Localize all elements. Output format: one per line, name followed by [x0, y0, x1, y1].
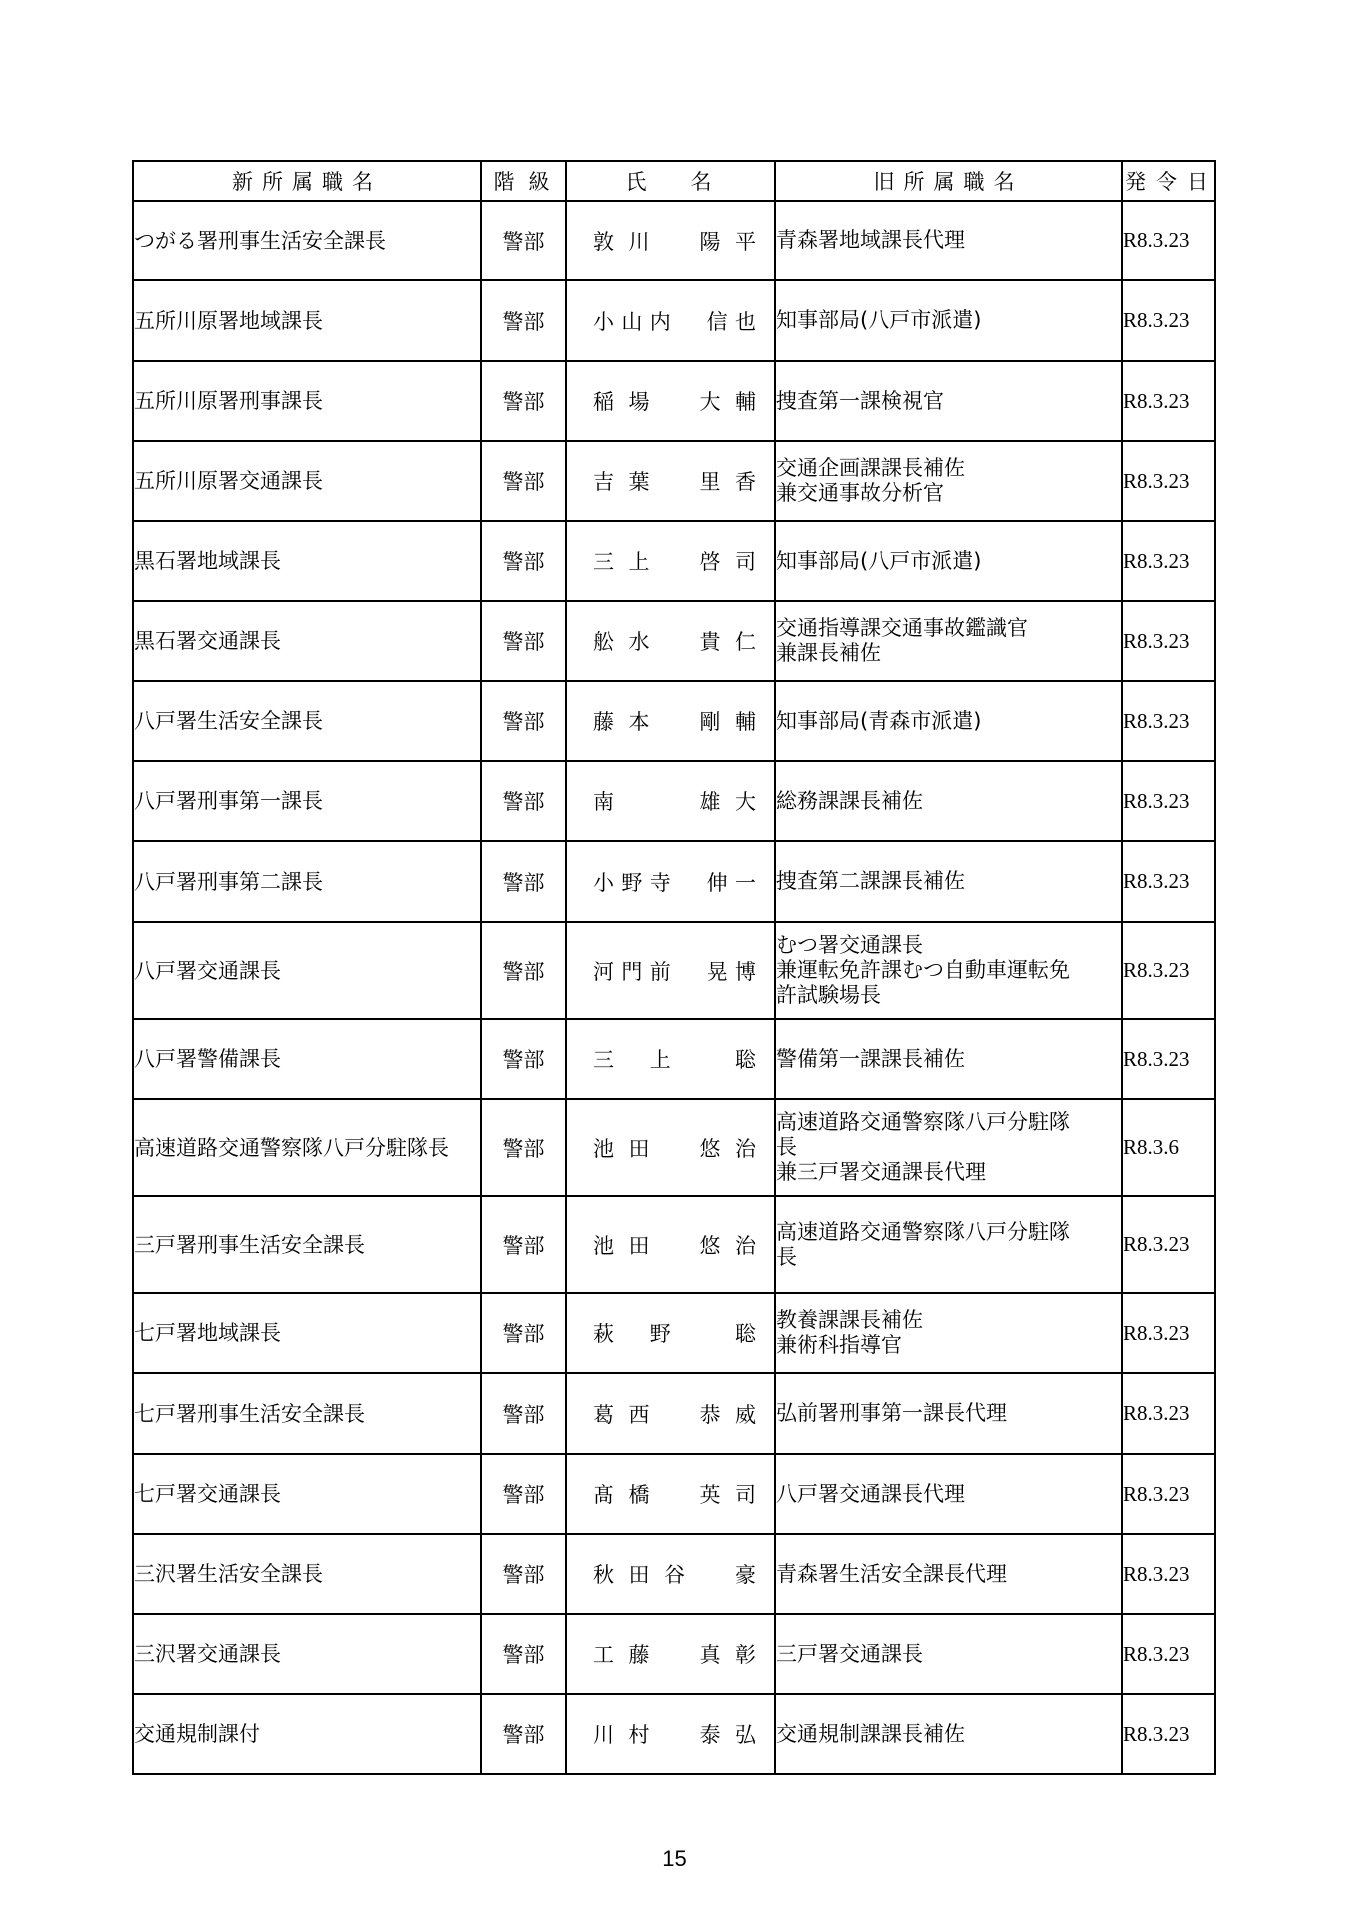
old-position-line: 高速道路交通警察隊八戸分駐隊: [776, 1110, 1121, 1135]
name-character: 里: [700, 466, 721, 496]
rank-cell: 警部: [481, 361, 566, 441]
name-character: 場: [629, 386, 650, 416]
table-row: 高速道路交通警察隊八戸分駐隊長 警部 池田 悠治 高速道路交通警察隊八戸分駐隊長…: [133, 1099, 1215, 1196]
name-character: 悠: [700, 1133, 721, 1163]
name-character: 上: [629, 546, 650, 576]
old-position-line: 総務課課長補佐: [776, 789, 1121, 814]
name-cell: 稲場 大輔: [566, 361, 775, 441]
name-character: 司: [735, 1479, 756, 1509]
name-character: 彰: [735, 1639, 756, 1669]
name-character: 村: [629, 1719, 650, 1749]
old-position-cell: 高速道路交通警察隊八戸分駐隊長: [775, 1196, 1122, 1293]
header-rank: 階級: [481, 161, 566, 201]
table-row: 五所川原署交通課長 警部 吉葉 里香 交通企画課課長補佐兼交通事故分析官 R8.…: [133, 441, 1215, 521]
old-position-cell: 知事部局(八戸市派遣): [775, 521, 1122, 601]
table-row: 五所川原署地域課長 警部 小山内 信也 知事部局(八戸市派遣) R8.3.23: [133, 280, 1215, 361]
new-position-cell: 三沢署生活安全課長: [133, 1534, 481, 1614]
rank-cell: 警部: [481, 681, 566, 761]
old-position-cell: 青森署生活安全課長代理: [775, 1534, 1122, 1614]
new-position-cell: 七戸署地域課長: [133, 1293, 481, 1373]
name-character: [678, 1044, 699, 1074]
name-character: [664, 226, 685, 256]
header-new-position: 新所属職名: [133, 161, 481, 201]
name-character: 英: [700, 1479, 721, 1509]
date-cell: R8.3.23: [1122, 1373, 1215, 1454]
old-position-line: 教養課課長補佐: [776, 1308, 1121, 1333]
rank-cell: 警部: [481, 201, 566, 280]
old-position-line: 兼三戸署交通課長代理: [776, 1160, 1121, 1185]
name-characters: 秋田谷 豪: [567, 1559, 774, 1589]
name-character: 谷: [664, 1559, 685, 1589]
name-character: [621, 1318, 642, 1348]
name-character: 真: [700, 1639, 721, 1669]
rank-cell: 警部: [481, 1373, 566, 1454]
rank-cell: 警部: [481, 280, 566, 361]
name-character: 聡: [735, 1044, 756, 1074]
name-characters: 河門前 晃博: [567, 956, 774, 986]
header-date: 発令日: [1122, 161, 1215, 201]
new-position-cell: 五所川原署地域課長: [133, 280, 481, 361]
name-character: 大: [700, 386, 721, 416]
name-character: 泰: [700, 1719, 721, 1749]
personnel-transfer-table: 新所属職名 階級 氏名 旧所属職名 発令日 つがる署刑事生活安全課長 警部 敦川…: [132, 160, 1216, 1775]
name-character: 内: [650, 306, 671, 336]
new-position-cell: 八戸署警備課長: [133, 1019, 481, 1099]
name-cell: 吉葉 里香: [566, 441, 775, 521]
rank-cell: 警部: [481, 1534, 566, 1614]
table-header-row: 新所属職名 階級 氏名 旧所属職名 発令日: [133, 161, 1215, 201]
name-character: 豪: [735, 1559, 756, 1589]
old-position-line: 警備第一課課長補佐: [776, 1047, 1121, 1072]
name-character: 池: [593, 1230, 614, 1260]
name-character: [664, 626, 685, 656]
name-character: 小: [593, 867, 614, 897]
name-character: 威: [735, 1399, 756, 1429]
name-character: 吉: [593, 466, 614, 496]
date-cell: R8.3.23: [1122, 361, 1215, 441]
date-cell: R8.3.23: [1122, 521, 1215, 601]
date-cell: R8.3.23: [1122, 280, 1215, 361]
old-position-line: 交通規制課課長補佐: [776, 1722, 1121, 1747]
name-character: 仁: [735, 626, 756, 656]
new-position-cell: 五所川原署刑事課長: [133, 361, 481, 441]
table-row: 八戸署刑事第一課長 警部 南 雄大 総務課課長補佐 R8.3.23: [133, 761, 1215, 841]
name-character: 伸: [707, 867, 728, 897]
name-character: 貴: [700, 626, 721, 656]
header-name-label: 氏名: [567, 166, 774, 196]
name-character: 橋: [629, 1479, 650, 1509]
name-character: 雄: [700, 786, 721, 816]
table-row: 七戸署刑事生活安全課長 警部 葛西 恭威 弘前署刑事第一課長代理 R8.3.23: [133, 1373, 1215, 1454]
rank-cell: 警部: [481, 1454, 566, 1534]
table-row: 八戸署警備課長 警部 三 上 聡 警備第一課課長補佐 R8.3.23: [133, 1019, 1215, 1099]
table-row: 黒石署交通課長 警部 舩水 貴仁 交通指導課交通事故鑑識官兼課長補佐 R8.3.…: [133, 601, 1215, 681]
date-cell: R8.3.23: [1122, 201, 1215, 280]
old-position-line: 青森署生活安全課長代理: [776, 1562, 1121, 1587]
name-character: 藤: [629, 1639, 650, 1669]
table-row: 八戸署交通課長 警部 河門前 晃博 むつ署交通課長兼運転免許課むつ自動車運転免許…: [133, 922, 1215, 1019]
name-character: [664, 386, 685, 416]
name-character: [678, 1318, 699, 1348]
table-row: 八戸署生活安全課長 警部 藤本 剛輔 知事部局(青森市派遣) R8.3.23: [133, 681, 1215, 761]
new-position-cell: 七戸署刑事生活安全課長: [133, 1373, 481, 1454]
old-position-line: 長: [776, 1245, 1121, 1270]
name-character: 川: [593, 1719, 614, 1749]
header-old-position-label: 旧所属職名: [776, 166, 1121, 196]
date-cell: R8.3.23: [1122, 761, 1215, 841]
name-character: 河: [593, 956, 614, 986]
new-position-cell: 三沢署交通課長: [133, 1614, 481, 1694]
new-position-cell: 五所川原署交通課長: [133, 441, 481, 521]
name-character: 三: [593, 546, 614, 576]
old-position-line: 兼課長補佐: [776, 641, 1121, 666]
name-character: 葉: [629, 466, 650, 496]
name-characters: 稲場 大輔: [567, 386, 774, 416]
name-character: [678, 867, 699, 897]
rank-cell: 警部: [481, 1019, 566, 1099]
name-cell: 池田 悠治: [566, 1099, 775, 1196]
name-characters: 川村 泰弘: [567, 1719, 774, 1749]
date-cell: R8.3.23: [1122, 681, 1215, 761]
old-position-line: 八戸署交通課長代理: [776, 1482, 1121, 1507]
name-character: 輔: [735, 706, 756, 736]
name-character: 香: [735, 466, 756, 496]
name-character: 一: [735, 867, 756, 897]
table-row: 七戸署地域課長 警部 萩 野 聡 教養課課長補佐兼術科指導官 R8.3.23: [133, 1293, 1215, 1373]
name-character: 水: [629, 626, 650, 656]
name-character: [664, 1230, 685, 1260]
header-name: 氏名: [566, 161, 775, 201]
old-position-line: 青森署地域課長代理: [776, 228, 1121, 253]
date-cell: R8.3.23: [1122, 922, 1215, 1019]
old-position-cell: 青森署地域課長代理: [775, 201, 1122, 280]
date-cell: R8.3.23: [1122, 1454, 1215, 1534]
name-cell: 小山内 信也: [566, 280, 775, 361]
name-character: 萩: [593, 1318, 614, 1348]
table-row: 七戸署交通課長 警部 髙橋 英司 八戸署交通課長代理 R8.3.23: [133, 1454, 1215, 1534]
old-position-line: 交通指導課交通事故鑑識官: [776, 616, 1121, 641]
date-cell: R8.3.23: [1122, 1019, 1215, 1099]
name-characters: 藤本 剛輔: [567, 706, 774, 736]
name-character: 平: [735, 226, 756, 256]
name-cell: 髙橋 英司: [566, 1454, 775, 1534]
name-characters: 池田 悠治: [567, 1230, 774, 1260]
name-character: 門: [621, 956, 642, 986]
name-character: 田: [629, 1559, 650, 1589]
name-character: [664, 546, 685, 576]
name-cell: 舩水 貴仁: [566, 601, 775, 681]
date-cell: R8.3.6: [1122, 1099, 1215, 1196]
rank-cell: 警部: [481, 1614, 566, 1694]
name-character: 寺: [650, 867, 671, 897]
name-character: 前: [650, 956, 671, 986]
table-row: 交通規制課付 警部 川村 泰弘 交通規制課課長補佐 R8.3.23: [133, 1694, 1215, 1774]
name-character: [664, 1399, 685, 1429]
old-position-line: 長: [776, 1135, 1121, 1160]
name-cell: 三上 啓司: [566, 521, 775, 601]
old-position-line: 知事部局(八戸市派遣): [776, 549, 1121, 574]
new-position-cell: 七戸署交通課長: [133, 1454, 481, 1534]
rank-cell: 警部: [481, 441, 566, 521]
old-position-line: 兼術科指導官: [776, 1333, 1121, 1358]
name-cell: 敦川 陽平: [566, 201, 775, 280]
name-character: 小: [593, 306, 614, 336]
date-cell: R8.3.23: [1122, 1293, 1215, 1373]
name-character: [664, 466, 685, 496]
rank-cell: 警部: [481, 1099, 566, 1196]
name-character: [664, 1479, 685, 1509]
rank-cell: 警部: [481, 1293, 566, 1373]
name-characters: 三上 啓司: [567, 546, 774, 576]
table-row: 三沢署交通課長 警部 工藤 真彰 三戸署交通課長 R8.3.23: [133, 1614, 1215, 1694]
date-cell: R8.3.23: [1122, 441, 1215, 521]
new-position-cell: 三戸署刑事生活安全課長: [133, 1196, 481, 1293]
name-character: 葛: [593, 1399, 614, 1429]
old-position-cell: 交通規制課課長補佐: [775, 1694, 1122, 1774]
header-date-label: 発令日: [1123, 166, 1214, 196]
name-character: 信: [707, 306, 728, 336]
old-position-cell: 交通企画課課長補佐兼交通事故分析官: [775, 441, 1122, 521]
new-position-cell: 交通規制課付: [133, 1694, 481, 1774]
old-position-cell: 高速道路交通警察隊八戸分駐隊長兼三戸署交通課長代理: [775, 1099, 1122, 1196]
name-cell: 葛西 恭威: [566, 1373, 775, 1454]
name-character: 治: [735, 1230, 756, 1260]
name-character: 南: [593, 786, 614, 816]
old-position-cell: 捜査第二課課長補佐: [775, 841, 1122, 922]
date-cell: R8.3.23: [1122, 1614, 1215, 1694]
table-row: 三戸署刑事生活安全課長 警部 池田 悠治 高速道路交通警察隊八戸分駐隊長 R8.…: [133, 1196, 1215, 1293]
name-character: 敦: [593, 226, 614, 256]
name-character: 髙: [593, 1479, 614, 1509]
name-character: 也: [735, 306, 756, 336]
old-position-cell: 捜査第一課検視官: [775, 361, 1122, 441]
name-character: 本: [629, 706, 650, 736]
rank-cell: 警部: [481, 1196, 566, 1293]
name-characters: 敦川 陽平: [567, 226, 774, 256]
name-characters: 舩水 貴仁: [567, 626, 774, 656]
new-position-cell: 八戸署生活安全課長: [133, 681, 481, 761]
name-character: [664, 1639, 685, 1669]
name-character: 田: [629, 1133, 650, 1163]
name-character: 野: [621, 867, 642, 897]
name-character: 輔: [735, 386, 756, 416]
name-character: 野: [650, 1318, 671, 1348]
table-row: 八戸署刑事第二課長 警部 小野寺 伸一 捜査第二課課長補佐 R8.3.23: [133, 841, 1215, 922]
old-position-line: 三戸署交通課長: [776, 1642, 1121, 1667]
name-character: 池: [593, 1133, 614, 1163]
name-characters: 髙橋 英司: [567, 1479, 774, 1509]
table-row: 三沢署生活安全課長 警部 秋田谷 豪 青森署生活安全課長代理 R8.3.23: [133, 1534, 1215, 1614]
name-character: 上: [650, 1044, 671, 1074]
name-character: 大: [735, 786, 756, 816]
old-position-cell: 警備第一課課長補佐: [775, 1019, 1122, 1099]
name-characters: 萩 野 聡: [567, 1318, 774, 1348]
name-character: 工: [593, 1639, 614, 1669]
rank-cell: 警部: [481, 922, 566, 1019]
name-cell: 川村 泰弘: [566, 1694, 775, 1774]
name-character: 川: [629, 226, 650, 256]
name-character: [700, 1559, 721, 1589]
old-position-cell: 総務課課長補佐: [775, 761, 1122, 841]
date-cell: R8.3.23: [1122, 1196, 1215, 1293]
old-position-line: 兼交通事故分析官: [776, 481, 1121, 506]
name-character: 西: [629, 1399, 650, 1429]
new-position-cell: つがる署刑事生活安全課長: [133, 201, 481, 280]
old-position-line: 兼運転免許課むつ自動車運転免: [776, 958, 1121, 983]
old-position-cell: 三戸署交通課長: [775, 1614, 1122, 1694]
name-character: 稲: [593, 386, 614, 416]
name-character: 三: [593, 1044, 614, 1074]
new-position-cell: 黒石署交通課長: [133, 601, 481, 681]
name-character: 啓: [700, 546, 721, 576]
name-character: 田: [629, 1230, 650, 1260]
header-new-position-label: 新所属職名: [134, 166, 480, 196]
name-characters: 吉葉 里香: [567, 466, 774, 496]
date-cell: R8.3.23: [1122, 1534, 1215, 1614]
old-position-line: 許試験場長: [776, 983, 1121, 1008]
header-rank-label: 階級: [482, 166, 565, 196]
name-character: [664, 706, 685, 736]
new-position-cell: 八戸署交通課長: [133, 922, 481, 1019]
old-position-cell: 知事部局(八戸市派遣): [775, 280, 1122, 361]
name-characters: 葛西 恭威: [567, 1399, 774, 1429]
old-position-line: 捜査第二課課長補佐: [776, 869, 1121, 894]
name-cell: 三 上 聡: [566, 1019, 775, 1099]
rank-cell: 警部: [481, 601, 566, 681]
rank-cell: 警部: [481, 761, 566, 841]
name-cell: 南 雄大: [566, 761, 775, 841]
name-cell: 工藤 真彰: [566, 1614, 775, 1694]
name-characters: 南 雄大: [567, 786, 774, 816]
table-body: つがる署刑事生活安全課長 警部 敦川 陽平 青森署地域課長代理 R8.3.23 …: [133, 201, 1215, 1774]
name-character: [664, 786, 685, 816]
name-character: 治: [735, 1133, 756, 1163]
name-characters: 三 上 聡: [567, 1044, 774, 1074]
name-character: [707, 1318, 728, 1348]
name-character: 聡: [735, 1318, 756, 1348]
old-position-line: 知事部局(青森市派遣): [776, 709, 1121, 734]
name-character: 博: [735, 956, 756, 986]
old-position-line: むつ署交通課長: [776, 933, 1121, 958]
name-character: [664, 1133, 685, 1163]
name-character: 司: [735, 546, 756, 576]
old-position-line: 交通企画課課長補佐: [776, 456, 1121, 481]
name-character: 陽: [700, 226, 721, 256]
rank-cell: 警部: [481, 521, 566, 601]
old-position-cell: 教養課課長補佐兼術科指導官: [775, 1293, 1122, 1373]
old-position-cell: 知事部局(青森市派遣): [775, 681, 1122, 761]
name-character: [678, 956, 699, 986]
name-characters: 小野寺 伸一: [567, 867, 774, 897]
old-position-cell: 八戸署交通課長代理: [775, 1454, 1122, 1534]
old-position-cell: 交通指導課交通事故鑑識官兼課長補佐: [775, 601, 1122, 681]
old-position-line: 弘前署刑事第一課長代理: [776, 1401, 1121, 1426]
name-character: 舩: [593, 626, 614, 656]
date-cell: R8.3.23: [1122, 841, 1215, 922]
table-row: 五所川原署刑事課長 警部 稲場 大輔 捜査第一課検視官 R8.3.23: [133, 361, 1215, 441]
name-cell: 小野寺 伸一: [566, 841, 775, 922]
name-cell: 秋田谷 豪: [566, 1534, 775, 1614]
table-row: 黒石署地域課長 警部 三上 啓司 知事部局(八戸市派遣) R8.3.23: [133, 521, 1215, 601]
name-character: 剛: [700, 706, 721, 736]
name-character: 晃: [707, 956, 728, 986]
old-position-line: 捜査第一課検視官: [776, 389, 1121, 414]
old-position-line: 高速道路交通警察隊八戸分駐隊: [776, 1220, 1121, 1245]
date-cell: R8.3.23: [1122, 601, 1215, 681]
new-position-cell: 黒石署地域課長: [133, 521, 481, 601]
page-number: 15: [0, 1846, 1349, 1872]
name-character: 恭: [700, 1399, 721, 1429]
new-position-cell: 八戸署刑事第一課長: [133, 761, 481, 841]
name-character: [629, 786, 650, 816]
name-character: 秋: [593, 1559, 614, 1589]
name-character: [707, 1044, 728, 1074]
name-character: 藤: [593, 706, 614, 736]
name-cell: 萩 野 聡: [566, 1293, 775, 1373]
old-position-cell: むつ署交通課長兼運転免許課むつ自動車運転免許試験場長: [775, 922, 1122, 1019]
new-position-cell: 八戸署刑事第二課長: [133, 841, 481, 922]
old-position-cell: 弘前署刑事第一課長代理: [775, 1373, 1122, 1454]
name-character: [621, 1044, 642, 1074]
name-cell: 河門前 晃博: [566, 922, 775, 1019]
name-character: 弘: [735, 1719, 756, 1749]
name-character: [678, 306, 699, 336]
rank-cell: 警部: [481, 1694, 566, 1774]
name-cell: 池田 悠治: [566, 1196, 775, 1293]
name-characters: 池田 悠治: [567, 1133, 774, 1163]
old-position-line: 知事部局(八戸市派遣): [776, 308, 1121, 333]
document-page: 新所属職名 階級 氏名 旧所属職名 発令日 つがる署刑事生活安全課長 警部 敦川…: [0, 0, 1349, 1907]
rank-cell: 警部: [481, 841, 566, 922]
name-characters: 小山内 信也: [567, 306, 774, 336]
name-character: 山: [621, 306, 642, 336]
name-characters: 工藤 真彰: [567, 1639, 774, 1669]
name-character: 悠: [700, 1230, 721, 1260]
header-old-position: 旧所属職名: [775, 161, 1122, 201]
date-cell: R8.3.23: [1122, 1694, 1215, 1774]
table-row: つがる署刑事生活安全課長 警部 敦川 陽平 青森署地域課長代理 R8.3.23: [133, 201, 1215, 280]
new-position-cell: 高速道路交通警察隊八戸分駐隊長: [133, 1099, 481, 1196]
name-cell: 藤本 剛輔: [566, 681, 775, 761]
name-character: [664, 1719, 685, 1749]
